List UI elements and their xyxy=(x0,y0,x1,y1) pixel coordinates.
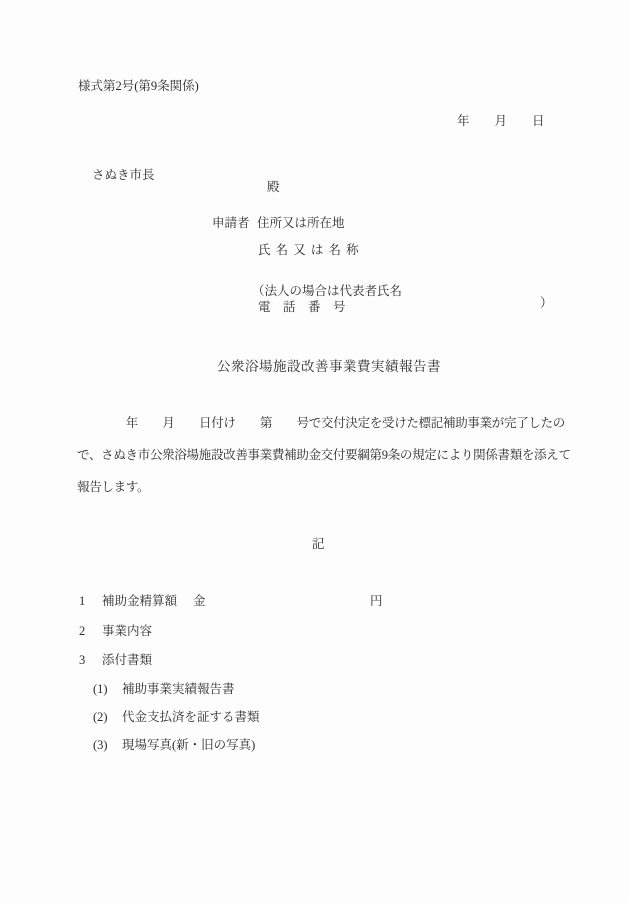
item-label: 補助金精算額 xyxy=(102,595,177,608)
item-number: 2 xyxy=(79,625,85,638)
amount-suffix: 円 xyxy=(370,595,383,608)
applicant-name-label: 氏 名 又 は 名 称 xyxy=(258,244,360,257)
corporate-note-text: （法人の場合は代表者氏名 xyxy=(252,285,402,298)
amount-prefix: 金 xyxy=(193,595,206,608)
item-label: 添付書類 xyxy=(102,654,152,667)
attachment-number: (1) xyxy=(93,683,108,696)
corporate-note-close-paren: ） xyxy=(540,297,553,310)
body-paragraph-line-3: 報告します。 xyxy=(77,481,149,494)
attachment-label: 代金支払済を証する書類 xyxy=(122,711,260,724)
body-paragraph-line-1: 年 月 日付け 第 号で交付決定を受けた標記補助事業が完了したの xyxy=(77,417,565,430)
date-line: 年 月 日 xyxy=(457,115,545,128)
document-page: 様式第2号(第9条関係) 年 月 日 さぬき市長 殿 申請者 住所又は所在地 氏… xyxy=(0,0,630,903)
attachment-item-report: (1) 補助事業実績報告書 xyxy=(93,683,513,699)
addressee-line: さぬき市長 殿 xyxy=(92,156,392,172)
attachment-item-payment-proof: (2) 代金支払済を証する書類 xyxy=(93,711,513,727)
attachment-item-site-photos: (3) 現場写真(新・旧の写真) xyxy=(93,739,513,755)
addressee-honorific: 殿 xyxy=(267,181,280,194)
addressee-name: さぬき市長 xyxy=(92,169,155,182)
body-paragraph-line-2: で、さぬき市公衆浴場施設改善事業費補助金交付要綱第9条の規定により関係書類を添え… xyxy=(77,449,571,462)
attachment-label: 現場写真(新・旧の写真) xyxy=(122,739,255,752)
applicant-phone-label: 電 話 番 号 xyxy=(258,301,346,314)
applicant-address-label: 住所又は所在地 xyxy=(257,217,345,230)
attachment-label: 補助事業実績報告書 xyxy=(122,683,235,696)
list-item-subsidy-settlement-amount: 1 補助金精算額 金 円 xyxy=(79,595,599,611)
item-label: 事業内容 xyxy=(102,625,152,638)
item-number: 1 xyxy=(79,595,85,608)
attachment-number: (3) xyxy=(93,739,108,752)
applicant-label: 申請者 xyxy=(212,217,250,230)
document-title: 公衆浴場施設改善事業費実績報告書 xyxy=(217,360,441,374)
record-marker: 記 xyxy=(312,538,325,551)
item-number: 3 xyxy=(79,654,85,667)
list-item-attached-documents: 3 添付書類 xyxy=(79,654,599,670)
form-number: 様式第2号(第9条関係) xyxy=(78,80,199,93)
applicant-corporate-note: （法人の場合は代表者氏名 ） xyxy=(252,272,552,288)
attachment-number: (2) xyxy=(93,711,108,724)
list-item-project-description: 2 事業内容 xyxy=(79,625,599,641)
